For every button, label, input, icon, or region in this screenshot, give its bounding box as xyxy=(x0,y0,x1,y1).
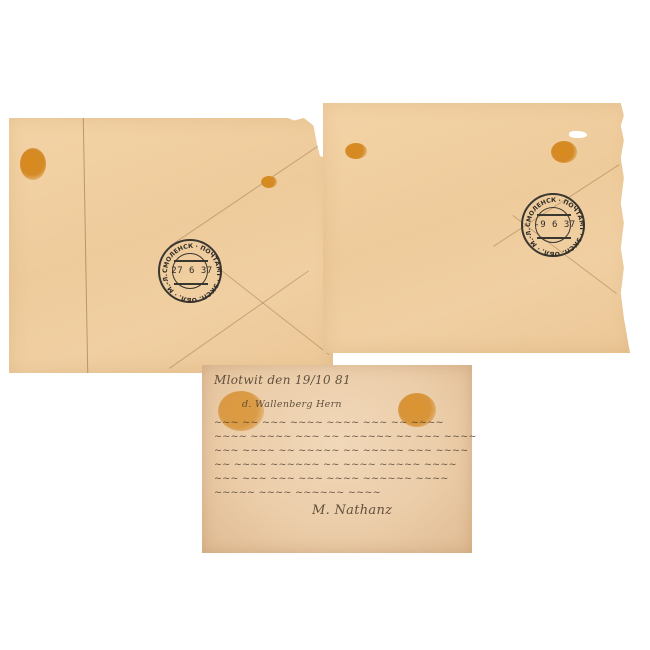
postmark-bar xyxy=(174,260,208,262)
photo-scene: СМОЛЕНСК · ПОЧТАМТ · ЭКСП. ОБЛ. · М.-Л. … xyxy=(0,0,650,650)
postcard-body-line: ~~~~~ ~~~~ ~~~~~~ ~~~~ xyxy=(214,487,381,498)
wax-stain xyxy=(261,176,277,188)
envelope-right: СМОЛЕНСК · ПОЧТАМТ · ЭКСП. ОБЛ. · М.-Л. … xyxy=(323,103,630,353)
postcard-body-line: ~~~ ~~~ ~~~ ~~~ ~~~~ ~~~~~~ ~~~~ xyxy=(214,473,449,484)
postcard-header: Mlotwit den 19/10 81 xyxy=(214,373,351,387)
postcard-signature: M. Nathanz xyxy=(312,503,392,518)
paper-tear xyxy=(569,131,587,138)
handwritten-postcard: Mlotwit den 19/10 81 d. Wallenberg Hern … xyxy=(202,365,472,553)
paper-crease xyxy=(83,118,88,373)
wax-stain xyxy=(551,141,577,163)
envelope-left: СМОЛЕНСК · ПОЧТАМТ · ЭКСП. ОБЛ. · М.-Л. … xyxy=(9,118,333,373)
postmark-bar xyxy=(537,237,571,239)
flap-fold-line xyxy=(218,268,329,355)
postmark-date: -9 6 37 xyxy=(523,220,587,230)
postmark-date: 27 6 37 xyxy=(160,266,224,276)
postmark-left: СМОЛЕНСК · ПОЧТАМТ · ЭКСП. ОБЛ. · М.-Л. … xyxy=(158,239,222,303)
wax-stain xyxy=(20,148,46,180)
postmark-bar xyxy=(174,283,208,285)
wax-stain xyxy=(345,143,367,159)
postcard-body-line: ~~~ ~~ ~~~ ~~~~ ~~~~ ~~~ ~~ ~~~~ xyxy=(214,417,444,428)
postcard-body-line: ~~ ~~~~ ~~~~~~ ~~ ~~~~ ~~~~~ ~~~~ xyxy=(214,459,457,470)
postmark-bar xyxy=(537,214,571,216)
postcard-addressee: d. Wallenberg Hern xyxy=(242,399,342,410)
postcard-body-line: ~~~ ~~~~ ~~ ~~~~~ ~~ ~~~~~ ~~~ ~~~~ xyxy=(214,445,469,456)
flap-fold-line xyxy=(169,134,335,247)
postcard-body-line: ~~~~ ~~~~~ ~~~ ~~ ~~~~~~ ~~ ~~~ ~~~~ xyxy=(214,431,477,442)
postmark-right: СМОЛЕНСК · ПОЧТАМТ · ЭКСП. ОБЛ. · М.-Л. … xyxy=(521,193,585,257)
